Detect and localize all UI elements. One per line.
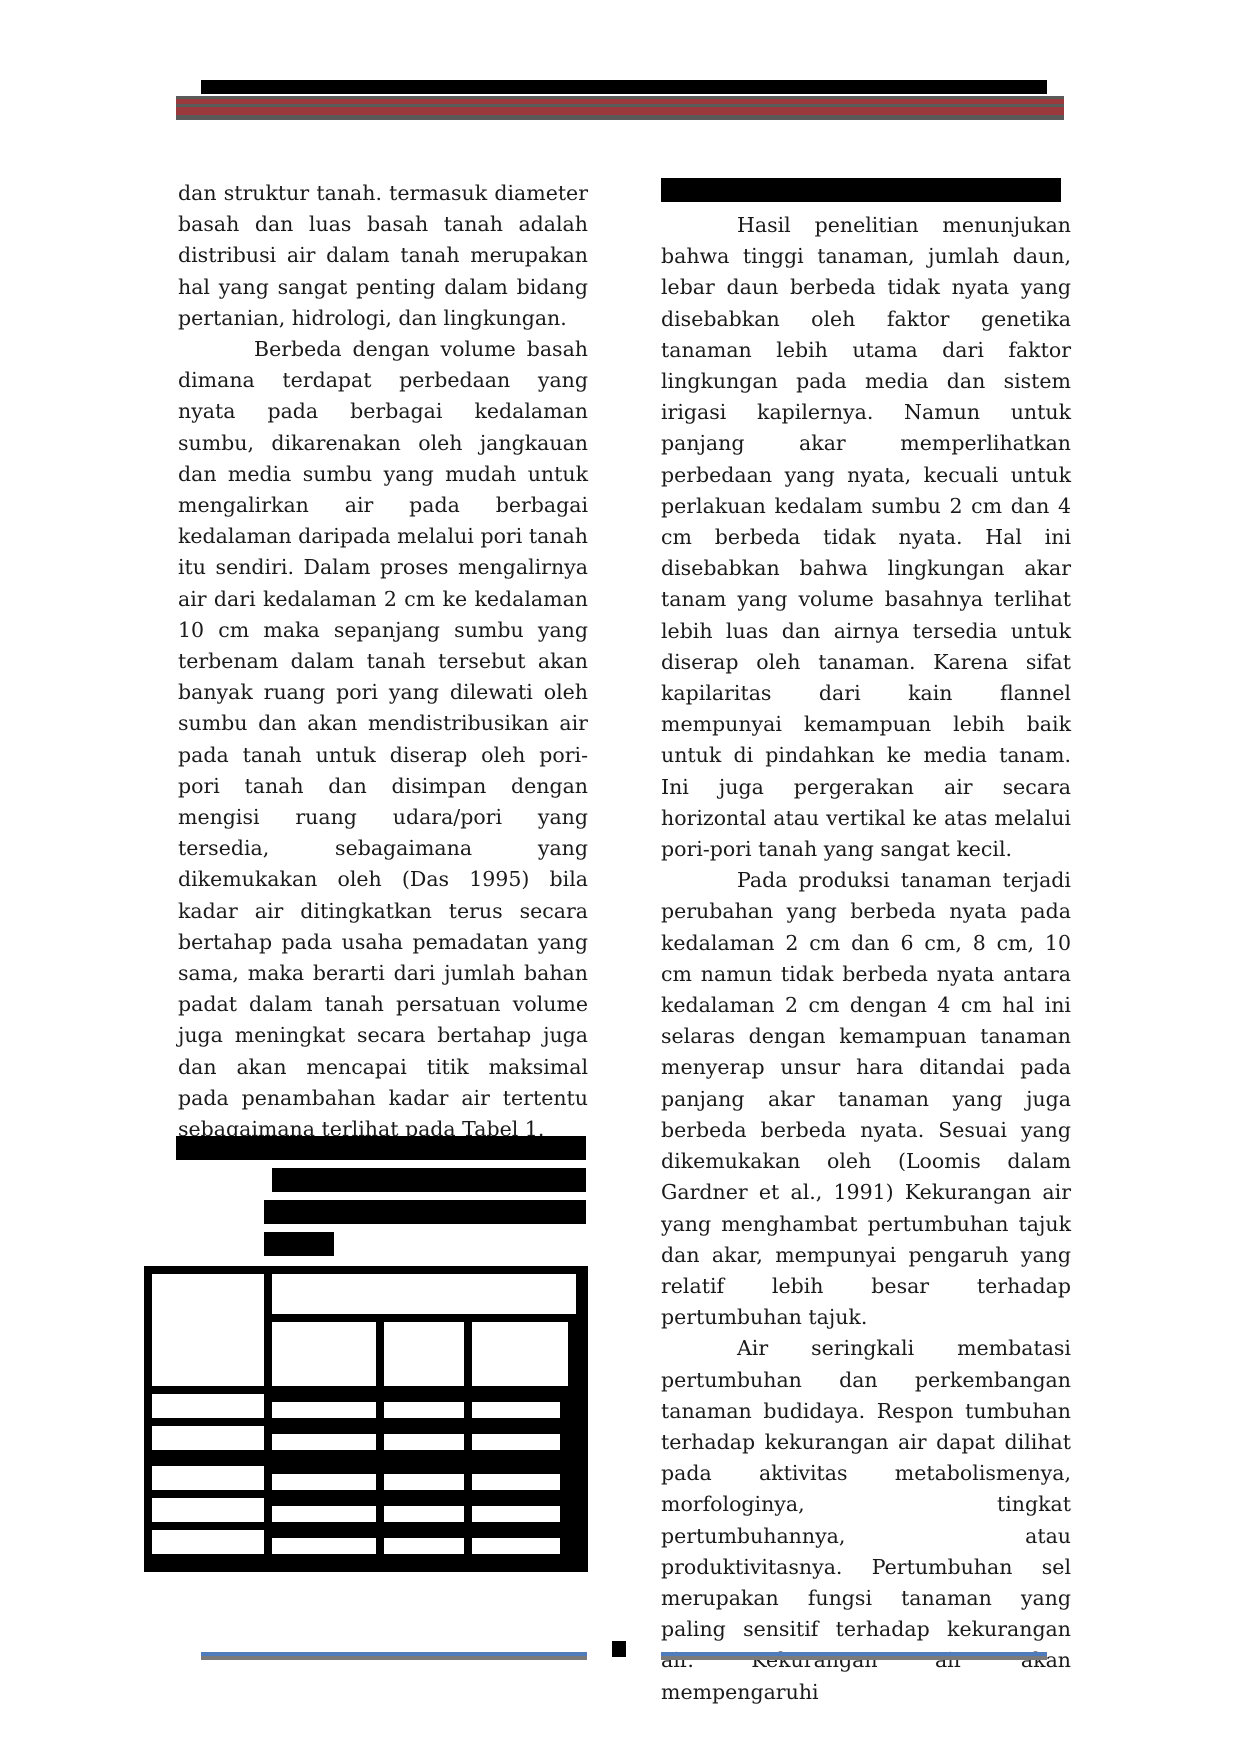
table-cell (272, 1474, 376, 1490)
right-column: Hasil penelitian menunjukan bahwa tinggi… (661, 210, 1071, 1708)
table-cell (472, 1402, 560, 1418)
table-header-cell (384, 1322, 464, 1386)
table-cell (272, 1506, 376, 1522)
header-rule-band (176, 96, 1064, 120)
paragraph: Hasil penelitian menunjukan bahwa tinggi… (661, 210, 1071, 865)
left-column: dan struktur tanah. termasuk diameter ba… (178, 178, 588, 1145)
running-header-redacted (201, 80, 1047, 94)
table-header-cell (152, 1274, 264, 1386)
data-table-pixelated (144, 1266, 588, 1572)
paragraph: Berbeda dengan volume basah dimana terda… (178, 334, 588, 1145)
table-cell (472, 1506, 560, 1522)
table-cell (472, 1538, 560, 1554)
table-cell (152, 1426, 264, 1450)
footer-rule-left (201, 1652, 587, 1660)
table-cell (384, 1434, 464, 1450)
table-cell (272, 1538, 376, 1554)
section-heading-redacted (661, 178, 1061, 202)
table-cell (384, 1474, 464, 1490)
table-cell (384, 1402, 464, 1418)
header-rule-red-thin (176, 99, 1064, 104)
table-cell (152, 1466, 264, 1490)
table-header-cell (272, 1274, 576, 1314)
table-cell (152, 1394, 264, 1418)
table-cell (472, 1474, 560, 1490)
table-header-cell (272, 1322, 376, 1386)
table-cell (384, 1538, 464, 1554)
paragraph: dan struktur tanah. termasuk diameter ba… (178, 178, 588, 334)
page-number-redacted (612, 1641, 626, 1657)
table-cell (272, 1402, 376, 1418)
paragraph: Pada produksi tanaman terjadi perubahan … (661, 865, 1071, 1333)
table-cell (272, 1434, 376, 1450)
footer-rule-right (661, 1652, 1047, 1660)
table-cell (384, 1506, 464, 1522)
table-cell (152, 1498, 264, 1522)
table-header-cell (472, 1322, 568, 1386)
table-cell (472, 1434, 560, 1450)
header-rule-red-thick (176, 107, 1064, 115)
table-cell (152, 1530, 264, 1554)
